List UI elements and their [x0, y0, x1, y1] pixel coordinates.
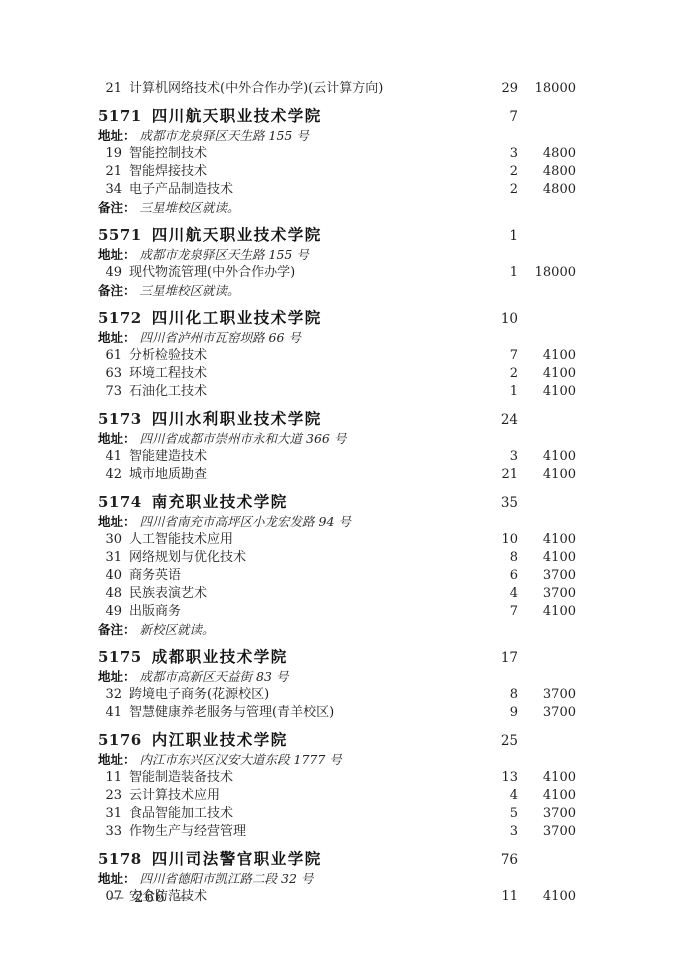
major-count: 3 [480, 145, 518, 163]
school-note: 备注：三星堆校区就读。 [98, 199, 576, 217]
school-note: 备注：三星堆校区就读。 [98, 282, 576, 300]
major-number: 42 [98, 466, 122, 484]
school-name: 四川水利职业技术学院 [152, 410, 480, 430]
major-count: 4 [480, 585, 518, 603]
school-name: 内江职业技术学院 [152, 731, 480, 751]
note-text: 新校区就读。 [140, 621, 215, 639]
major-number: 49 [98, 264, 122, 282]
school-code: 5174 [98, 492, 142, 512]
school-section: 5571四川航天职业技术学院1地址：成都市龙泉驿区天生路 155 号49现代物流… [98, 225, 576, 300]
school-address: 地址：成都市龙泉驿区天生路 155 号 [98, 246, 576, 264]
major-name: 作物生产与经营管理 [129, 823, 480, 841]
school-name: 四川航天职业技术学院 [152, 107, 480, 127]
major-count: 13 [480, 769, 518, 787]
major-name: 智能制造装备技术 [129, 769, 480, 787]
major-count: 11 [480, 888, 518, 906]
major-count: 1 [480, 264, 518, 282]
address-text: 成都市龙泉驿区天生路 155 号 [140, 246, 309, 264]
major-row: 19智能控制技术34800 [98, 145, 576, 163]
school-name: 四川司法警官职业学院 [152, 850, 480, 870]
major-name: 计算机网络技术(中外合作办学)(云计算方向) [129, 80, 480, 98]
major-number: 41 [98, 704, 122, 722]
major-tuition: 3700 [518, 823, 576, 841]
major-number: 73 [98, 383, 122, 401]
school-name: 四川航天职业技术学院 [152, 226, 480, 246]
address-text: 四川省南充市高坪区小龙宏发路 94 号 [140, 513, 351, 531]
address-label: 地址： [98, 751, 136, 769]
school-code: 5175 [98, 647, 142, 667]
school-total-count: 35 [480, 493, 518, 513]
school-header: 5172四川化工职业技术学院10 [98, 308, 576, 329]
major-count: 3 [480, 823, 518, 841]
school-code: 5176 [98, 730, 142, 750]
page-footer: — 266 — [100, 888, 200, 906]
major-row: 49现代物流管理(中外合作办学)118000 [98, 264, 576, 282]
school-address: 地址：四川省德阳市凯江路二段 32 号 [98, 870, 576, 888]
school-total-count: 10 [480, 309, 518, 329]
document-page: 21 计算机网络技术(中外合作办学)(云计算方向) 29 18000 5171四… [0, 0, 680, 961]
major-count: 5 [480, 805, 518, 823]
major-number: 41 [98, 448, 122, 466]
school-code: 5178 [98, 849, 142, 869]
major-number: 48 [98, 585, 122, 603]
major-number: 31 [98, 549, 122, 567]
school-section: 5172四川化工职业技术学院10地址：四川省泸州市瓦窑坝路 66 号61分析检验… [98, 308, 576, 401]
major-name: 智慧健康养老服务与管理(青羊校区) [129, 704, 480, 722]
major-name: 云计算技术应用 [129, 787, 480, 805]
address-label: 地址： [98, 329, 136, 347]
major-name: 网络规划与优化技术 [129, 549, 480, 567]
school-address: 地址：四川省南充市高坪区小龙宏发路 94 号 [98, 513, 576, 531]
school-address: 地址：成都市高新区天益街 83 号 [98, 668, 576, 686]
major-row: 32跨境电子商务(花源校区)83700 [98, 686, 576, 704]
major-row: 11智能制造装备技术134100 [98, 769, 576, 787]
address-label: 地址： [98, 127, 136, 145]
major-tuition: 18000 [518, 80, 576, 98]
school-total-count: 17 [480, 648, 518, 668]
major-number: 63 [98, 365, 122, 383]
address-label: 地址： [98, 246, 136, 264]
major-number: 11 [98, 769, 122, 787]
school-total-count: 76 [480, 850, 518, 870]
major-number: 30 [98, 531, 122, 549]
school-address: 地址：四川省成都市崇州市永和大道 366 号 [98, 430, 576, 448]
school-name: 南充职业技术学院 [152, 493, 480, 513]
major-tuition: 4100 [518, 466, 576, 484]
major-name: 食品智能加工技术 [129, 805, 480, 823]
note-label: 备注： [98, 621, 136, 639]
note-text: 三星堆校区就读。 [140, 199, 240, 217]
major-count: 9 [480, 704, 518, 722]
major-tuition: 4100 [518, 769, 576, 787]
school-address: 地址：四川省泸州市瓦窑坝路 66 号 [98, 329, 576, 347]
major-name: 分析检验技术 [129, 347, 480, 365]
major-tuition: 4100 [518, 531, 576, 549]
school-total-count: 25 [480, 731, 518, 751]
major-row: 31网络规划与优化技术84100 [98, 549, 576, 567]
address-text: 四川省德阳市凯江路二段 32 号 [140, 870, 314, 888]
major-count: 7 [480, 603, 518, 621]
major-number: 61 [98, 347, 122, 365]
address-text: 四川省成都市崇州市永和大道 366 号 [140, 430, 347, 448]
major-number: 31 [98, 805, 122, 823]
major-count: 21 [480, 466, 518, 484]
school-code: 5171 [98, 106, 142, 126]
major-count: 8 [480, 549, 518, 567]
major-row: 73石油化工技术14100 [98, 383, 576, 401]
footer-dash-right: — [175, 888, 191, 906]
school-header: 5176内江职业技术学院25 [98, 730, 576, 751]
school-total-count: 24 [480, 410, 518, 430]
major-row: 41智慧健康养老服务与管理(青羊校区)93700 [98, 704, 576, 722]
major-name: 电子产品制造技术 [129, 181, 480, 199]
note-text: 三星堆校区就读。 [140, 282, 240, 300]
school-section: 5174南充职业技术学院35地址：四川省南充市高坪区小龙宏发路 94 号30人工… [98, 492, 576, 639]
major-row: 31食品智能加工技术53700 [98, 805, 576, 823]
major-name: 石油化工技术 [129, 383, 480, 401]
major-name: 人工智能技术应用 [129, 531, 480, 549]
major-row: 33作物生产与经营管理33700 [98, 823, 576, 841]
address-text: 成都市龙泉驿区天生路 155 号 [140, 127, 309, 145]
school-header: 5174南充职业技术学院35 [98, 492, 576, 513]
major-name: 智能控制技术 [129, 145, 480, 163]
major-count: 3 [480, 448, 518, 466]
major-tuition: 4100 [518, 383, 576, 401]
major-tuition: 4100 [518, 365, 576, 383]
major-number: 32 [98, 686, 122, 704]
school-sections: 5171四川航天职业技术学院7地址：成都市龙泉驿区天生路 155 号19智能控制… [98, 106, 576, 906]
major-tuition: 3700 [518, 704, 576, 722]
school-code: 5571 [98, 225, 142, 245]
major-row: 21智能焊接技术24800 [98, 163, 576, 181]
major-row: 61分析检验技术74100 [98, 347, 576, 365]
major-row: 30人工智能技术应用104100 [98, 531, 576, 549]
major-row: 41智能建造技术34100 [98, 448, 576, 466]
address-text: 成都市高新区天益街 83 号 [140, 668, 289, 686]
major-count: 2 [480, 181, 518, 199]
major-name: 智能焊接技术 [129, 163, 480, 181]
school-header: 5178四川司法警官职业学院76 [98, 849, 576, 870]
major-row: 48民族表演艺术43700 [98, 585, 576, 603]
school-header: 5571四川航天职业技术学院1 [98, 225, 576, 246]
major-name: 民族表演艺术 [129, 585, 480, 603]
major-count: 1 [480, 383, 518, 401]
school-name: 成都职业技术学院 [152, 648, 480, 668]
major-tuition: 4800 [518, 181, 576, 199]
major-number: 33 [98, 823, 122, 841]
major-name: 现代物流管理(中外合作办学) [129, 264, 480, 282]
major-tuition: 3700 [518, 805, 576, 823]
major-number: 21 [98, 80, 122, 98]
school-total-count: 1 [480, 226, 518, 246]
major-tuition: 4800 [518, 145, 576, 163]
school-name: 四川化工职业技术学院 [152, 309, 480, 329]
major-tuition: 3700 [518, 585, 576, 603]
continuation-major-row: 21 计算机网络技术(中外合作办学)(云计算方向) 29 18000 [98, 80, 576, 98]
note-label: 备注： [98, 199, 136, 217]
major-name: 跨境电子商务(花源校区) [129, 686, 480, 704]
major-tuition: 4100 [518, 448, 576, 466]
major-row: 23云计算技术应用44100 [98, 787, 576, 805]
school-section: 5173四川水利职业技术学院24地址：四川省成都市崇州市永和大道 366 号41… [98, 409, 576, 484]
major-number: 23 [98, 787, 122, 805]
major-count: 7 [480, 347, 518, 365]
major-number: 19 [98, 145, 122, 163]
school-section: 5171四川航天职业技术学院7地址：成都市龙泉驿区天生路 155 号19智能控制… [98, 106, 576, 217]
school-code: 5173 [98, 409, 142, 429]
major-number: 34 [98, 181, 122, 199]
major-tuition: 18000 [518, 264, 576, 282]
address-text: 内江市东兴区汉安大道东段 1777 号 [140, 751, 342, 769]
major-tuition: 4800 [518, 163, 576, 181]
address-label: 地址： [98, 430, 136, 448]
major-count: 2 [480, 365, 518, 383]
school-section: 5175成都职业技术学院17地址：成都市高新区天益街 83 号32跨境电子商务(… [98, 647, 576, 722]
school-code: 5172 [98, 308, 142, 328]
school-address: 地址：成都市龙泉驿区天生路 155 号 [98, 127, 576, 145]
address-label: 地址： [98, 513, 136, 531]
major-name: 商务英语 [129, 567, 480, 585]
school-section: 5176内江职业技术学院25地址：内江市东兴区汉安大道东段 1777 号11智能… [98, 730, 576, 841]
school-header: 5173四川水利职业技术学院24 [98, 409, 576, 430]
major-name: 智能建造技术 [129, 448, 480, 466]
major-name: 城市地质勘查 [129, 466, 480, 484]
address-label: 地址： [98, 668, 136, 686]
major-count: 6 [480, 567, 518, 585]
address-label: 地址： [98, 870, 136, 888]
major-number: 49 [98, 603, 122, 621]
major-tuition: 3700 [518, 567, 576, 585]
note-label: 备注： [98, 282, 136, 300]
major-count: 10 [480, 531, 518, 549]
major-tuition: 4100 [518, 549, 576, 567]
footer-dash-left: — [109, 888, 125, 906]
major-number: 21 [98, 163, 122, 181]
major-count: 2 [480, 163, 518, 181]
major-name: 环境工程技术 [129, 365, 480, 383]
major-tuition: 4100 [518, 787, 576, 805]
content-area: 21 计算机网络技术(中外合作办学)(云计算方向) 29 18000 5171四… [98, 80, 576, 906]
school-address: 地址：内江市东兴区汉安大道东段 1777 号 [98, 751, 576, 769]
major-row: 42城市地质勘查214100 [98, 466, 576, 484]
major-count: 4 [480, 787, 518, 805]
major-tuition: 3700 [518, 686, 576, 704]
major-tuition: 4100 [518, 603, 576, 621]
page-number: 266 [134, 888, 166, 906]
major-tuition: 4100 [518, 347, 576, 365]
address-text: 四川省泸州市瓦窑坝路 66 号 [140, 329, 301, 347]
major-row: 40商务英语63700 [98, 567, 576, 585]
school-header: 5175成都职业技术学院17 [98, 647, 576, 668]
school-total-count: 7 [480, 107, 518, 127]
school-header: 5171四川航天职业技术学院7 [98, 106, 576, 127]
major-row: 34电子产品制造技术24800 [98, 181, 576, 199]
major-tuition: 4100 [518, 888, 576, 906]
major-row: 49出版商务74100 [98, 603, 576, 621]
major-number: 40 [98, 567, 122, 585]
major-count: 29 [480, 80, 518, 98]
major-row: 63环境工程技术24100 [98, 365, 576, 383]
major-name: 出版商务 [129, 603, 480, 621]
school-note: 备注：新校区就读。 [98, 621, 576, 639]
major-count: 8 [480, 686, 518, 704]
